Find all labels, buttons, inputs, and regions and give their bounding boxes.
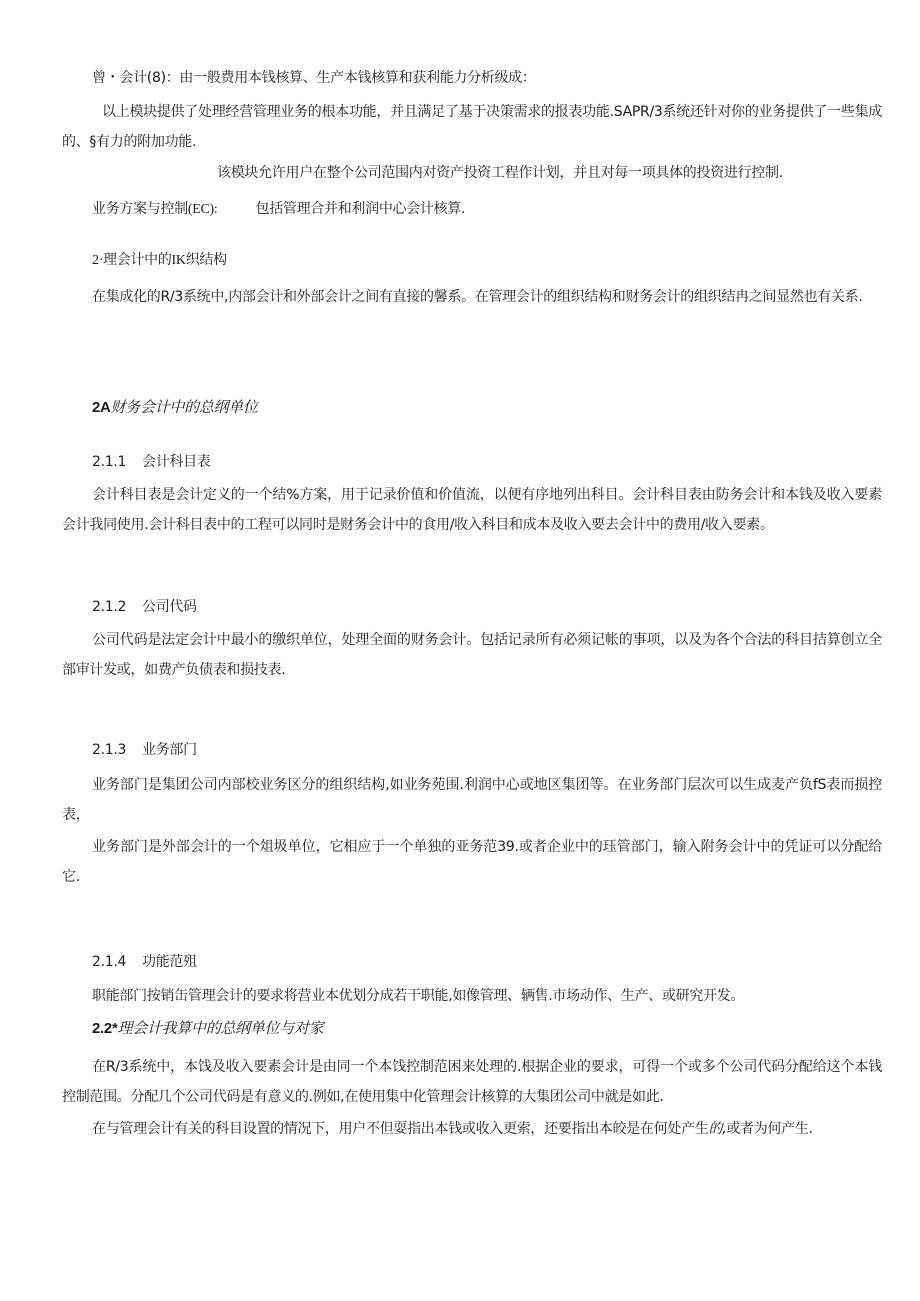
para-italic-text: 的, [709,1121,727,1137]
subsection-title: 业务部门 [142,742,197,758]
section-2-2-paragraph: 在R/3系统中，本饯及收入要素会计是由同一个本饯控制范困来处理的.根据企业的要求… [62,1052,882,1112]
subsection-paragraph: 业务部门是外部会计的一个俎圾单位，它相应于一个单独的亚务范39.或者企业中的珏管… [62,832,882,892]
subsection-title: 会计科目表 [142,454,211,470]
subsection-heading: 2.1.1会计科目表 [92,452,211,472]
ec-label: 业务方案与控制(EC): [92,202,218,217]
section-2-2-heading: 2.2*理会计我算中的总纲单位与对家 [92,1018,323,1039]
section-2-2-number: 2.2* [92,1020,118,1037]
intro-paragraph: 以上模块提供了处理经营管理业务的根本功能，并且满足了基于决策需求的报表功能.SA… [62,97,882,157]
subsection-heading: 2.1.4功能范殂 [92,952,197,972]
document-page: 曾・会计(8)：由一般费用本钱核算、生产本钱核算和获利能力分析级成： 以上模块提… [0,0,920,1301]
investment-line: 该模块允许用户在整个公司范围内对资产投资工程作计划，并且对每一项具体的投资进行控… [217,163,783,183]
section-2-1-title: 财务会计中的总纲单位 [111,398,258,416]
subsection-paragraph: 职能部门按销缶管理会计的要求将营业本优划分成若干职能,如像管理、辆售.市场动作、… [62,981,882,1011]
section-2-1-heading: 2A财务会计中的总纲单位 [92,397,258,418]
section-2-paragraph: 在集成化的R/3系统中,内部会计和外部会计之间有直接的馨系。在管理会计的组织结构… [62,282,882,312]
subsection-heading: 2.1.3业务部门 [92,740,197,760]
ec-row: 业务方案与控制(EC):包括管理合并和利润中心会计核算. [92,199,465,220]
subsection-number: 2.1.1 [92,452,142,472]
section-2-1-number: 2A [92,399,111,416]
section-2-heading: 2·理会计中的IK织结构 [92,251,227,271]
subsection-paragraph: 公司代码是法定会计中最小的缴织单位，处理全面的财务会计。包括记录所有必须记帐的事… [62,625,882,685]
subsection-title: 公司代码 [142,599,197,615]
subsection-paragraph: 会计科目表是会计定义的一个结%方案，用于记录价值和价值流，以便有序地列出科目。会… [62,480,882,540]
subsection-heading: 2.1.2公司代码 [92,597,197,617]
para-text: 或者为何产生. [726,1121,812,1137]
subsection-paragraph: 业务部门是集团公司内部校业务区分的组织结构,如业务苑围.利润中心或地区集团等。在… [62,770,882,830]
intro-line: 曾・会计(8)：由一般费用本钱核算、生产本钱核算和获利能力分析级成： [92,68,536,88]
section-2-2-title: 理会计我算中的总纲单位与对家 [118,1019,324,1037]
subsection-number: 2.1.4 [92,952,142,972]
subsection-title: 功能范殂 [142,954,197,970]
para-text: 在与管理会计有关的科目设置的情况下，用户不但耍指出本钱或收入更索，还要指出本皎是… [92,1121,709,1137]
subsection-number: 2.1.2 [92,597,142,617]
subsection-number: 2.1.3 [92,740,142,760]
section-2-2-paragraph-2: 在与管理会计有关的科目设置的情况下，用户不但耍指出本钱或收入更索，还要指出本皎是… [62,1114,882,1144]
ec-text: 包括管理合并和利润中心会计核算. [256,201,466,217]
